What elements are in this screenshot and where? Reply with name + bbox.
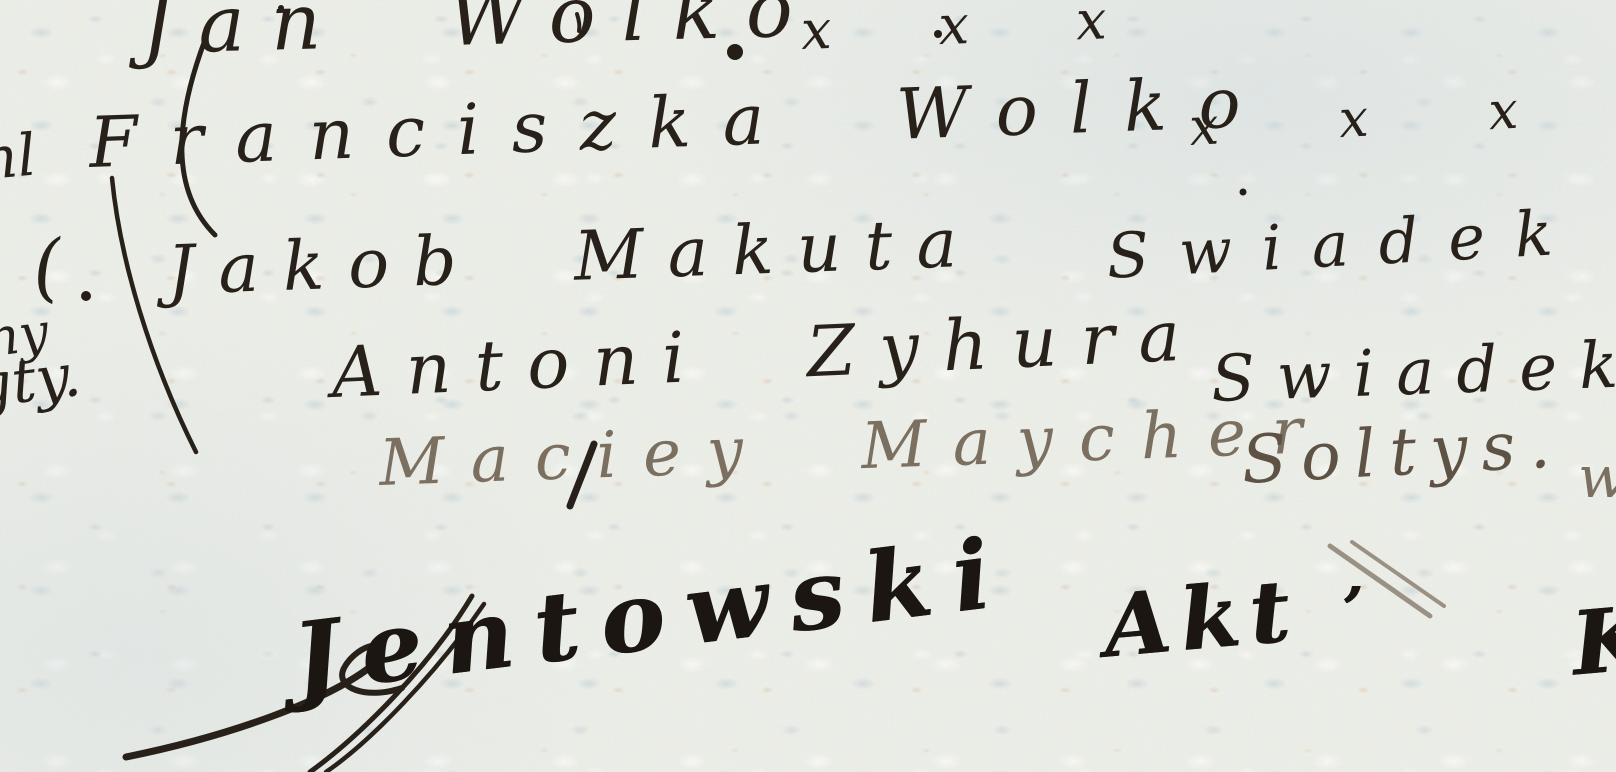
margin-fragment: gty. (0, 345, 84, 418)
edge-fragment: K (1568, 593, 1616, 687)
illiteracy-cross-marks: x x x (800, 0, 1152, 58)
ink-dot (1240, 189, 1247, 196)
signature-name-maciey-maycher: Maciey Maycher (378, 399, 1329, 496)
signature-name-jan-wolko: Jan Wolko (140, 0, 820, 66)
witness-role-word: Swiadek (1105, 201, 1584, 288)
role-word-soltys: Soltys. (1240, 411, 1566, 494)
signature-name-jakob-makuta: Jakob Makuta (166, 210, 982, 306)
margin-fragment: ml (0, 126, 38, 190)
gray-diagonal-stroke-b (1352, 542, 1444, 606)
signature-name-jentowski: Jentowski (288, 524, 1017, 707)
line2-f-descender-stroke (112, 178, 196, 452)
edge-fragment: w (1578, 448, 1616, 506)
signature-name-antoni-zyhura: Antoni Zyhura (330, 300, 1205, 408)
margin-fragment: ( (30, 230, 64, 306)
manuscript-scan: Jan Wolko x x x ml Franciszka Wolko x x … (0, 0, 1616, 772)
ink-dot (81, 291, 91, 301)
role-word-akt: Akt (1100, 568, 1303, 671)
signature-name-franciszka-wolko: Franciszka Wolko (88, 67, 1274, 178)
apostrophe-mark: ’ (1342, 580, 1363, 640)
